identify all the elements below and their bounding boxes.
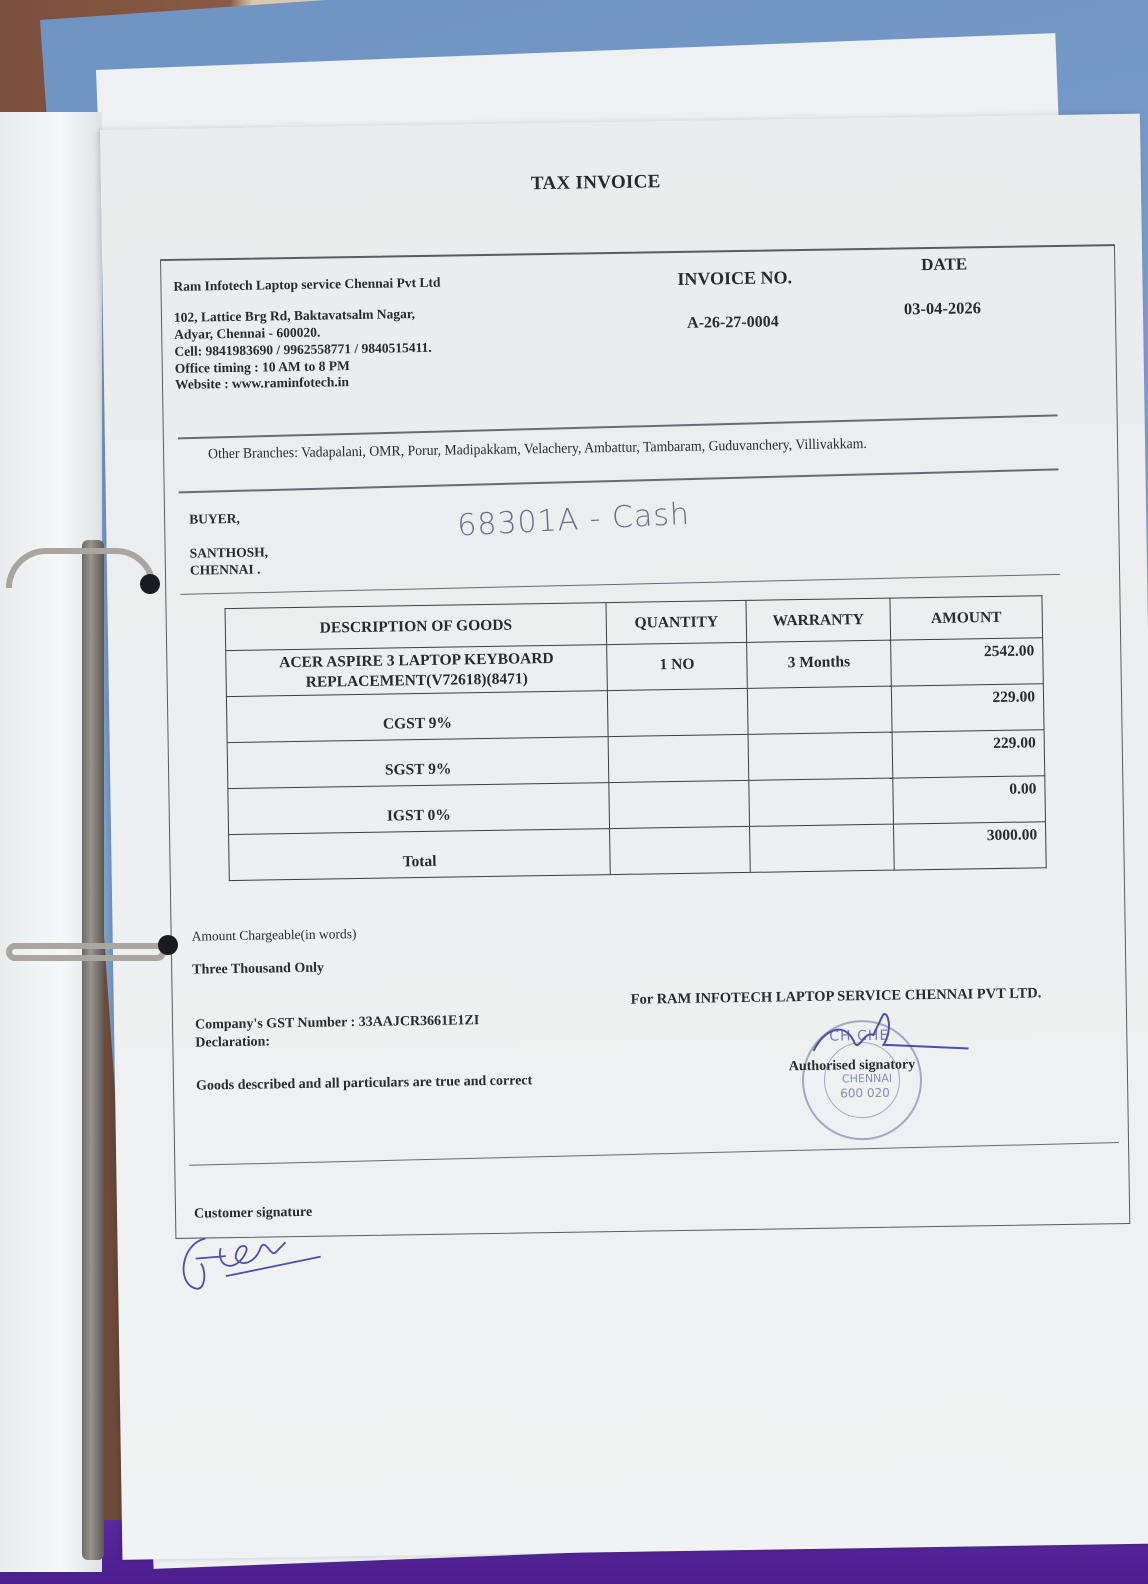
total-warranty bbox=[750, 824, 895, 872]
igst-warranty bbox=[749, 778, 894, 826]
sgst-warranty bbox=[748, 732, 893, 780]
item-amount: 2542.00 bbox=[891, 638, 1044, 686]
item-quantity: 1 NO bbox=[607, 642, 748, 690]
document-title: TAX INVOICE bbox=[531, 171, 661, 195]
igst-label: IGST 0% bbox=[228, 783, 610, 835]
cgst-quantity bbox=[607, 688, 748, 736]
binder-spine bbox=[82, 540, 104, 1560]
declaration-text: Goods described and all particulars are … bbox=[196, 1073, 532, 1094]
seller-block: Ram Infotech Laptop service Chennai Pvt … bbox=[173, 275, 442, 394]
seller-name: Ram Infotech Laptop service Chennai Pvt … bbox=[173, 275, 440, 296]
total-label: Total bbox=[229, 829, 611, 881]
invoice-date-label: DATE bbox=[921, 254, 967, 275]
total-quantity bbox=[610, 826, 751, 874]
punch-hole bbox=[140, 574, 160, 594]
binder-ring bbox=[6, 548, 156, 588]
sgst-quantity bbox=[608, 734, 749, 782]
cgst-amount: 229.00 bbox=[891, 684, 1044, 732]
handwritten-note: 68301A - Cash bbox=[456, 497, 690, 544]
buyer-city: CHENNAI . bbox=[190, 561, 269, 580]
header-quantity: QUANTITY bbox=[606, 600, 747, 644]
cgst-warranty bbox=[747, 686, 892, 734]
amount-words: Three Thousand Only bbox=[192, 961, 324, 979]
declaration-label: Declaration: bbox=[195, 1030, 479, 1053]
header-amount: AMOUNT bbox=[890, 596, 1043, 640]
amount-words-label: Amount Chargeable(in words) bbox=[192, 926, 357, 945]
divider bbox=[178, 414, 1058, 439]
total-amount: 3000.00 bbox=[893, 822, 1046, 870]
header-description: DESCRIPTION OF GOODS bbox=[225, 603, 607, 651]
stamp-pin: 600 020 bbox=[840, 1086, 890, 1101]
buyer-name: SANTHOSH, bbox=[190, 543, 269, 562]
buyer-block: BUYER, SANTHOSH, CHENNAI . bbox=[189, 509, 268, 579]
item-warranty: 3 Months bbox=[747, 640, 892, 688]
invoice-date: 03-04-2026 bbox=[904, 298, 981, 319]
invoice-sheet: TAX INVOICE Ram Infotech Laptop service … bbox=[100, 114, 1148, 1560]
invoice-frame: Ram Infotech Laptop service Chennai Pvt … bbox=[160, 244, 1130, 1239]
goods-table: DESCRIPTION OF GOODS QUANTITY WARRANTY A… bbox=[225, 595, 1047, 881]
divider bbox=[189, 1142, 1119, 1166]
sgst-label: SGST 9% bbox=[227, 737, 609, 789]
buyer-label: BUYER, bbox=[189, 509, 268, 528]
divider bbox=[180, 574, 1060, 595]
authorised-signatory-label: Authorised signatory bbox=[789, 1057, 916, 1075]
punch-hole bbox=[158, 935, 178, 955]
igst-amount: 0.00 bbox=[893, 776, 1046, 824]
sgst-amount: 229.00 bbox=[892, 730, 1045, 778]
other-branches: Other Branches: Vadapalani, OMR, Porur, … bbox=[208, 436, 867, 463]
cgst-label: CGST 9% bbox=[226, 691, 608, 743]
invoice-number: A-26-27-0004 bbox=[687, 313, 779, 332]
for-company: For RAM INFOTECH LAPTOP SERVICE CHENNAI … bbox=[631, 985, 1042, 1008]
seller-website: Website : www.raminfotech.in bbox=[175, 373, 442, 394]
gst-block: Company's GST Number : 33AAJCR3661E1ZI D… bbox=[195, 1012, 480, 1053]
customer-signature-label: Customer signature bbox=[194, 1205, 312, 1223]
binder-ring bbox=[6, 943, 166, 961]
invoice-number-label: INVOICE NO. bbox=[677, 267, 792, 290]
igst-quantity bbox=[609, 780, 750, 828]
divider bbox=[179, 468, 1059, 493]
customer-signature bbox=[175, 1226, 336, 1299]
header-warranty: WARRANTY bbox=[746, 598, 891, 642]
item-description: ACER ASPIRE 3 LAPTOP KEYBOARD REPLACEMEN… bbox=[226, 645, 608, 697]
